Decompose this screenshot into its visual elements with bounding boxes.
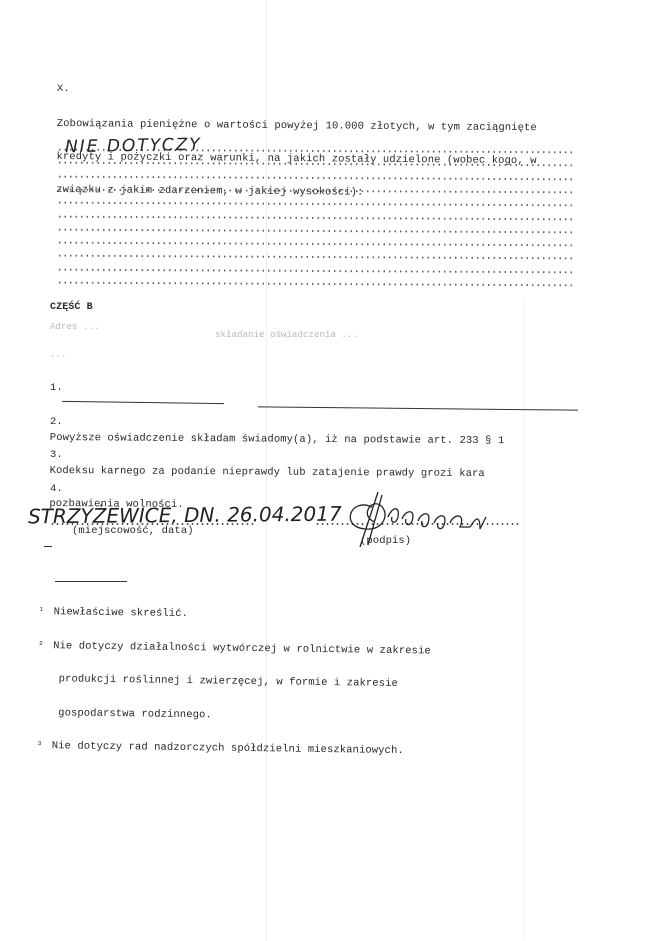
faded-text: ... bbox=[50, 350, 67, 361]
footnote-3: 3Nie dotyczy rad nadzorczych spółdzielni… bbox=[38, 741, 430, 758]
footnote-text: Nie dotyczy rad nadzorczych spółdzielni … bbox=[38, 740, 404, 757]
faded-text: Adres ... bbox=[50, 322, 100, 333]
part-b-heading: CZĘŚĆ B bbox=[50, 302, 93, 313]
dotted-line bbox=[57, 255, 575, 260]
declaration-line: Powyższe oświadczenie składam świadomy(a… bbox=[50, 433, 505, 447]
paper-fold-line bbox=[524, 300, 525, 940]
handwritten-answer: NIE DOTYCZY bbox=[65, 135, 202, 157]
place-date-label: (miejscowość, data) bbox=[72, 526, 194, 537]
footnote-text: produkcji roślinnej i zwierzęcej, w form… bbox=[39, 673, 398, 690]
footnote-text: Nie dotyczy działalności wytwórczej w ro… bbox=[39, 639, 431, 656]
footnote-rule bbox=[55, 581, 127, 582]
dash-mark bbox=[44, 546, 52, 547]
footnote-mark: 1 bbox=[40, 604, 44, 615]
strike-line bbox=[62, 401, 224, 404]
dotted-line bbox=[57, 282, 575, 287]
section-number: X. bbox=[57, 84, 70, 95]
footnote-text: gospodarstwa rodzinnego. bbox=[38, 706, 212, 720]
faded-text: składanie oświadczenia ... bbox=[215, 330, 358, 341]
list-item: 1. bbox=[50, 383, 76, 395]
dotted-line bbox=[57, 268, 575, 273]
question-line: Zobowiązania pieniężne o wartości powyże… bbox=[57, 119, 537, 134]
dotted-line bbox=[57, 228, 575, 233]
signature-label: (podpis) bbox=[360, 536, 411, 547]
footnote-text: Niewłaściwe skreślić. bbox=[40, 606, 189, 620]
footnote-2: 2Nie dotyczy działalności wytwórczej w r… bbox=[39, 640, 431, 657]
footnote-mark: 3 bbox=[38, 738, 42, 749]
declaration-line: Kodeksu karnego za podanie nieprawdy lub… bbox=[50, 466, 505, 480]
footnote-mark: 2 bbox=[39, 637, 43, 648]
footnotes: 1Niewłaściwe skreślić. 2Nie dotyczy dzia… bbox=[37, 585, 431, 780]
footnote-1: 1Niewłaściwe skreślić. bbox=[40, 607, 432, 624]
scanned-page: X. Zobowiązania pieniężne o wartości pow… bbox=[0, 0, 665, 941]
dotted-line bbox=[57, 242, 575, 247]
strike-line bbox=[258, 406, 578, 410]
